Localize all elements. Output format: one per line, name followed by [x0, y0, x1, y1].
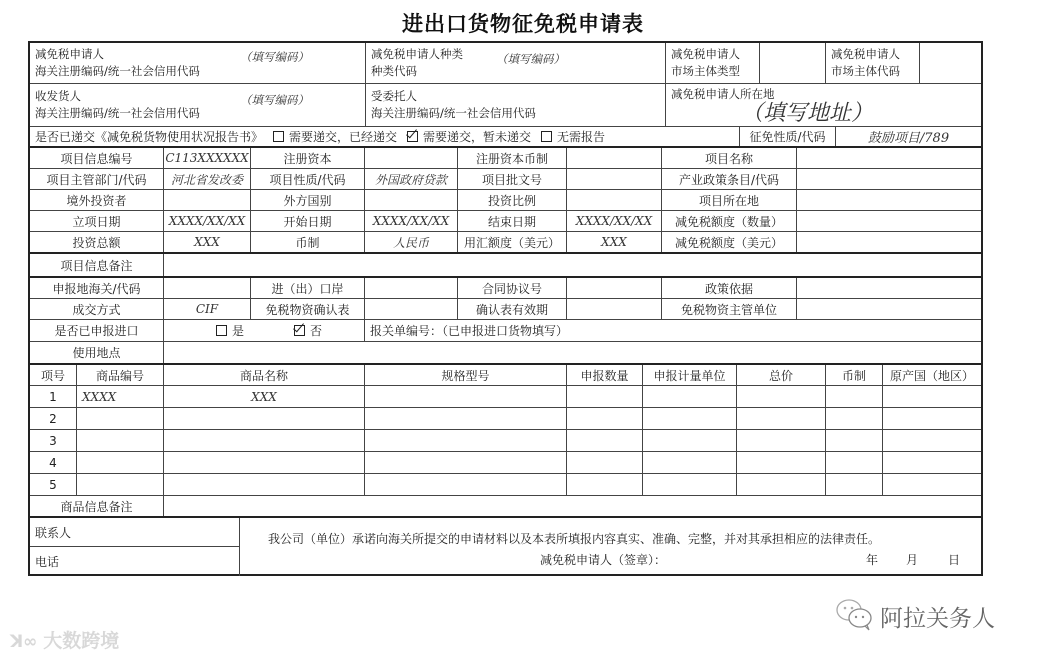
project-location-label: 项目所在地 [662, 190, 797, 210]
policy-basis-label: 政策依据 [662, 278, 797, 298]
nature-value[interactable]: 鼓励项目/789 [836, 127, 981, 146]
unit[interactable] [643, 474, 737, 495]
goods-row: 5 [30, 474, 981, 496]
project-row-5: 投资总额 XXX 币制 人民币 用汇额度（美元） XXX 减免税额度（美元） [30, 232, 981, 254]
total-price[interactable] [737, 474, 826, 495]
goods-remark-value[interactable] [164, 496, 981, 516]
declaration-number-field[interactable]: 报关单编号：（已申报进口货物填写） [365, 320, 981, 341]
project-nature-label: 项目性质/代码 [251, 169, 365, 189]
goods-name[interactable]: XXX [164, 386, 365, 407]
goods-name[interactable] [164, 408, 365, 429]
spec[interactable] [365, 474, 567, 495]
nature-label: 征免性质/代码 [740, 127, 836, 146]
total-price[interactable] [737, 386, 826, 407]
foreign-country-value[interactable] [365, 190, 458, 210]
watermark-left: ꓘ∞ 大数跨境 [10, 626, 119, 653]
quantity[interactable] [567, 474, 643, 495]
goods-name[interactable] [164, 474, 365, 495]
item-no: 3 [30, 430, 77, 451]
market-code-label-cell: 减免税申请人 市场主体代码 [826, 43, 920, 83]
checkbox-submitted[interactable] [273, 131, 284, 142]
currency-value[interactable]: 人民币 [365, 232, 458, 252]
market-code-label1: 减免税申请人 [831, 46, 900, 63]
consignee-cell[interactable]: 收发货人 海关注册编码/统一社会信用代码 （填写编码） [30, 84, 366, 126]
project-nature-value[interactable]: 外国政府贷款 [365, 169, 458, 189]
currency[interactable] [826, 474, 883, 495]
quantity[interactable] [567, 452, 643, 473]
origin[interactable] [883, 386, 981, 407]
exemption-usd-label: 减免税额度（美元） [662, 232, 797, 252]
project-name-value[interactable] [797, 148, 981, 168]
report-label: 是否已递交《减免税货物使用状况报告书》 [35, 128, 263, 145]
declared-options: 是 否 [164, 320, 365, 341]
approval-date-label: 立项日期 [30, 211, 164, 231]
option-not-yet-label: 需要递交，暂未递交 [423, 128, 531, 145]
applicant-type-value: （填写编码） [496, 51, 565, 68]
department-value[interactable]: 河北省发改委 [164, 169, 251, 189]
total-investment-label: 投资总额 [30, 232, 164, 252]
declared-yes-label: 是 [232, 322, 244, 339]
end-date-value[interactable]: XXXX/XX/XX [567, 211, 662, 231]
col-total-price: 总价 [737, 365, 826, 385]
industry-policy-label: 产业政策条目/代码 [662, 169, 797, 189]
phone-label: 电话 [35, 553, 59, 570]
consignee-label: 收发货人 [35, 88, 81, 105]
capital-currency-value[interactable] [567, 148, 662, 168]
type-code-label: 种类代码 [371, 63, 417, 80]
market-type-label-cell: 减免税申请人 市场主体类型 [666, 43, 760, 83]
project-info-number-label: 项目信息编号 [30, 148, 164, 168]
contract-number-label: 合同协议号 [458, 278, 567, 298]
project-row-2: 项目主管部门/代码 河北省发改委 项目性质/代码 外国政府贷款 项目批文号 产业… [30, 169, 981, 190]
goods-remark-label: 商品信息备注 [30, 496, 164, 516]
project-remark-row: 项目信息备注 [30, 254, 981, 278]
col-item-no: 项号 [30, 365, 77, 385]
goods-code[interactable]: XXXX [77, 386, 164, 407]
entrusted-label: 受委托人 [371, 88, 417, 105]
col-origin: 原产国（地区） [883, 365, 981, 385]
currency[interactable] [826, 430, 883, 451]
investment-ratio-label: 投资比例 [458, 190, 567, 210]
market-type-label2: 市场主体类型 [671, 63, 740, 80]
applicant-code-value: （填写编码） [240, 49, 309, 66]
industry-policy-value[interactable] [797, 169, 981, 189]
declaration-text: 我公司（单位）承诺向海关所提交的申请材料以及本表所填报内容真实、准确、完整，并对… [268, 530, 880, 547]
month-label: 月 [906, 551, 918, 568]
goods-code[interactable] [77, 430, 164, 451]
item-no: 1 [30, 386, 77, 407]
checkbox-declared-no[interactable] [294, 325, 305, 336]
currency[interactable] [826, 386, 883, 407]
start-date-value[interactable]: XXXX/XX/XX [365, 211, 458, 231]
fx-quota-value[interactable]: XXX [567, 232, 662, 252]
quantity[interactable] [567, 430, 643, 451]
origin[interactable] [883, 430, 981, 451]
origin[interactable] [883, 452, 981, 473]
origin[interactable] [883, 408, 981, 429]
item-no: 2 [30, 408, 77, 429]
confirmation-form-label: 免税物资确认表 [251, 299, 365, 319]
declaration-customs-label: 申报地海关/代码 [30, 278, 164, 298]
customs-row-2: 成交方式 CIF 免税物资确认表 确认表有效期 免税物资主管单位 [30, 299, 981, 320]
foreign-investor-value[interactable] [164, 190, 251, 210]
market-type-label1: 减免税申请人 [671, 46, 740, 63]
goods-name[interactable] [164, 430, 365, 451]
goods-remark-row: 商品信息备注 [30, 496, 981, 518]
total-price[interactable] [737, 430, 826, 451]
col-spec: 规格型号 [365, 365, 567, 385]
applicant-row: 减免税申请人 海关注册编码/统一社会信用代码 （填写编码） 减免税申请人种类 种… [30, 43, 981, 84]
consignee-row: 收发货人 海关注册编码/统一社会信用代码 （填写编码） 受委托人 海关注册编码/… [30, 84, 981, 127]
goods-name[interactable] [164, 452, 365, 473]
signature-label[interactable]: 减免税申请人（签章）： [540, 551, 666, 568]
project-remark-label: 项目信息备注 [30, 254, 164, 276]
declared-no-label: 否 [310, 322, 322, 339]
declared-label: 是否已申报进口 [30, 320, 164, 341]
year-label: 年 [866, 551, 878, 568]
exemption-quantity-label: 减免税额度（数量） [662, 211, 797, 231]
wechat-icon [835, 597, 875, 631]
location-value: （填写地址） [741, 96, 873, 126]
goods-row: 2 [30, 408, 981, 430]
col-currency: 币制 [826, 365, 883, 385]
phone-field[interactable]: 电话 [30, 547, 240, 576]
approval-date-value[interactable]: XXXX/XX/XX [164, 211, 251, 231]
col-goods-code: 商品编号 [77, 365, 164, 385]
project-row-3: 境外投资者 外方国别 投资比例 项目所在地 [30, 190, 981, 211]
start-date-label: 开始日期 [251, 211, 365, 231]
project-location-value[interactable] [797, 190, 981, 210]
capital-currency-label: 注册资本币制 [458, 148, 567, 168]
quantity[interactable] [567, 386, 643, 407]
unit[interactable] [643, 408, 737, 429]
col-unit: 申报计量单位 [643, 365, 737, 385]
foreign-country-label: 外方国别 [251, 190, 365, 210]
total-price[interactable] [737, 408, 826, 429]
investment-ratio-value[interactable] [567, 190, 662, 210]
transaction-method-value[interactable]: CIF [164, 299, 251, 319]
department-label: 项目主管部门/代码 [30, 169, 164, 189]
watermark-right-text: 阿拉关务人 [880, 600, 995, 633]
goods-row: 1 XXXX XXX [30, 386, 981, 408]
foreign-investor-label: 境外投资者 [30, 190, 164, 210]
currency[interactable] [826, 452, 883, 473]
spec[interactable] [365, 452, 567, 473]
approval-number-value[interactable] [567, 169, 662, 189]
col-goods-name: 商品名称 [164, 365, 365, 385]
goods-code[interactable] [77, 474, 164, 495]
entrusted-code-label: 海关注册编码/统一社会信用代码 [371, 105, 536, 122]
quantity[interactable] [567, 408, 643, 429]
spec[interactable] [365, 430, 567, 451]
logo-icon: ꓘ∞ [10, 632, 43, 652]
project-remark-value[interactable] [164, 254, 981, 276]
registered-capital-label: 注册资本 [251, 148, 365, 168]
goods-code[interactable] [77, 408, 164, 429]
supervising-unit-label: 免税物资主管单位 [662, 299, 797, 319]
use-location-value[interactable] [164, 342, 981, 363]
option-submitted-label: 需要递交，已经递交 [289, 128, 397, 145]
origin[interactable] [883, 474, 981, 495]
project-name-label: 项目名称 [662, 148, 797, 168]
item-no: 5 [30, 474, 77, 495]
col-quantity: 申报数量 [567, 365, 643, 385]
applicant-type-label: 减免税申请人种类 [371, 46, 463, 63]
port-label: 进（出）口岸 [251, 278, 365, 298]
market-type-value[interactable] [760, 43, 826, 83]
project-info-number-value[interactable]: C113XXXXXX [164, 148, 251, 168]
unit[interactable] [643, 386, 737, 407]
confirmation-validity-value[interactable] [567, 299, 662, 319]
approval-number-label: 项目批文号 [458, 169, 567, 189]
checkbox-declared-yes[interactable] [216, 325, 227, 336]
footer-row: 联系人 电话 我公司（单位）承诺向海关所提交的申请材料以及本表所填报内容真实、准… [30, 518, 981, 576]
form-title: 进出口货物征免税申请表 [0, 8, 1046, 38]
report-status-cell: 是否已递交《减免税货物使用状况报告书》 需要递交，已经递交 需要递交，暂未递交 … [30, 127, 740, 146]
currency-label: 币制 [251, 232, 365, 252]
application-form: 减免税申请人 海关注册编码/统一社会信用代码 （填写编码） 减免税申请人种类 种… [28, 41, 983, 576]
item-no: 4 [30, 452, 77, 473]
contact-field[interactable]: 联系人 [30, 518, 240, 547]
applicant-code-label: 海关注册编码/统一社会信用代码 [35, 63, 200, 80]
declaration-customs-value[interactable] [164, 278, 251, 298]
declared-row: 是否已申报进口 是 否 报关单编号：（已申报进口货物填写） [30, 320, 981, 342]
goods-code[interactable] [77, 452, 164, 473]
consignee-code-label: 海关注册编码/统一社会信用代码 [35, 105, 200, 122]
fx-quota-label: 用汇额度（美元） [458, 232, 567, 252]
unit[interactable] [643, 452, 737, 473]
exemption-quantity-value[interactable] [797, 211, 981, 231]
registered-capital-value[interactable] [365, 148, 458, 168]
end-date-label: 结束日期 [458, 211, 567, 231]
applicant-label: 减免税申请人 [35, 46, 104, 63]
use-location-label: 使用地点 [30, 342, 164, 363]
entrusted-cell[interactable]: 受委托人 海关注册编码/统一社会信用代码 [366, 84, 666, 126]
unit[interactable] [643, 430, 737, 451]
option-no-report-label: 无需报告 [557, 128, 605, 145]
goods-row: 4 [30, 452, 981, 474]
project-row-1: 项目信息编号 C113XXXXXX 注册资本 注册资本币制 项目名称 [30, 148, 981, 169]
applicant-cell[interactable]: 减免税申请人 海关注册编码/统一社会信用代码 （填写编码） [30, 43, 366, 83]
total-price[interactable] [737, 452, 826, 473]
location-cell[interactable]: 减免税申请人所在地 （填写地址） [666, 84, 981, 126]
transaction-method-label: 成交方式 [30, 299, 164, 319]
day-label: 日 [948, 551, 960, 568]
supervising-unit-value[interactable] [797, 299, 981, 319]
exemption-usd-value[interactable] [797, 232, 981, 252]
confirmation-form-value[interactable] [365, 299, 458, 319]
spec[interactable] [365, 386, 567, 407]
report-row: 是否已递交《减免税货物使用状况报告书》 需要递交，已经递交 需要递交，暂未递交 … [30, 127, 981, 148]
goods-row: 3 [30, 430, 981, 452]
consignee-code-value: （填写编码） [240, 92, 309, 109]
applicant-type-cell[interactable]: 减免税申请人种类 种类代码 （填写编码） [366, 43, 666, 83]
customs-row-1: 申报地海关/代码 进（出）口岸 合同协议号 政策依据 [30, 278, 981, 299]
market-code-label2: 市场主体代码 [831, 63, 900, 80]
market-code-value[interactable] [920, 43, 981, 83]
contract-number-value[interactable] [567, 278, 662, 298]
total-investment-value[interactable]: XXX [164, 232, 251, 252]
watermark-left-text: 大数跨境 [43, 630, 119, 652]
project-row-4: 立项日期 XXXX/XX/XX 开始日期 XXXX/XX/XX 结束日期 XXX… [30, 211, 981, 232]
goods-header-row: 项号 商品编号 商品名称 规格型号 申报数量 申报计量单位 总价 币制 原产国（… [30, 365, 981, 386]
spec[interactable] [365, 408, 567, 429]
policy-basis-value[interactable] [797, 278, 981, 298]
contact-label: 联系人 [35, 524, 71, 541]
confirmation-validity-label: 确认表有效期 [458, 299, 567, 319]
port-value[interactable] [365, 278, 458, 298]
checkbox-not-yet-submitted[interactable] [407, 131, 418, 142]
checkbox-no-report[interactable] [541, 131, 552, 142]
use-location-row: 使用地点 [30, 342, 981, 365]
currency[interactable] [826, 408, 883, 429]
